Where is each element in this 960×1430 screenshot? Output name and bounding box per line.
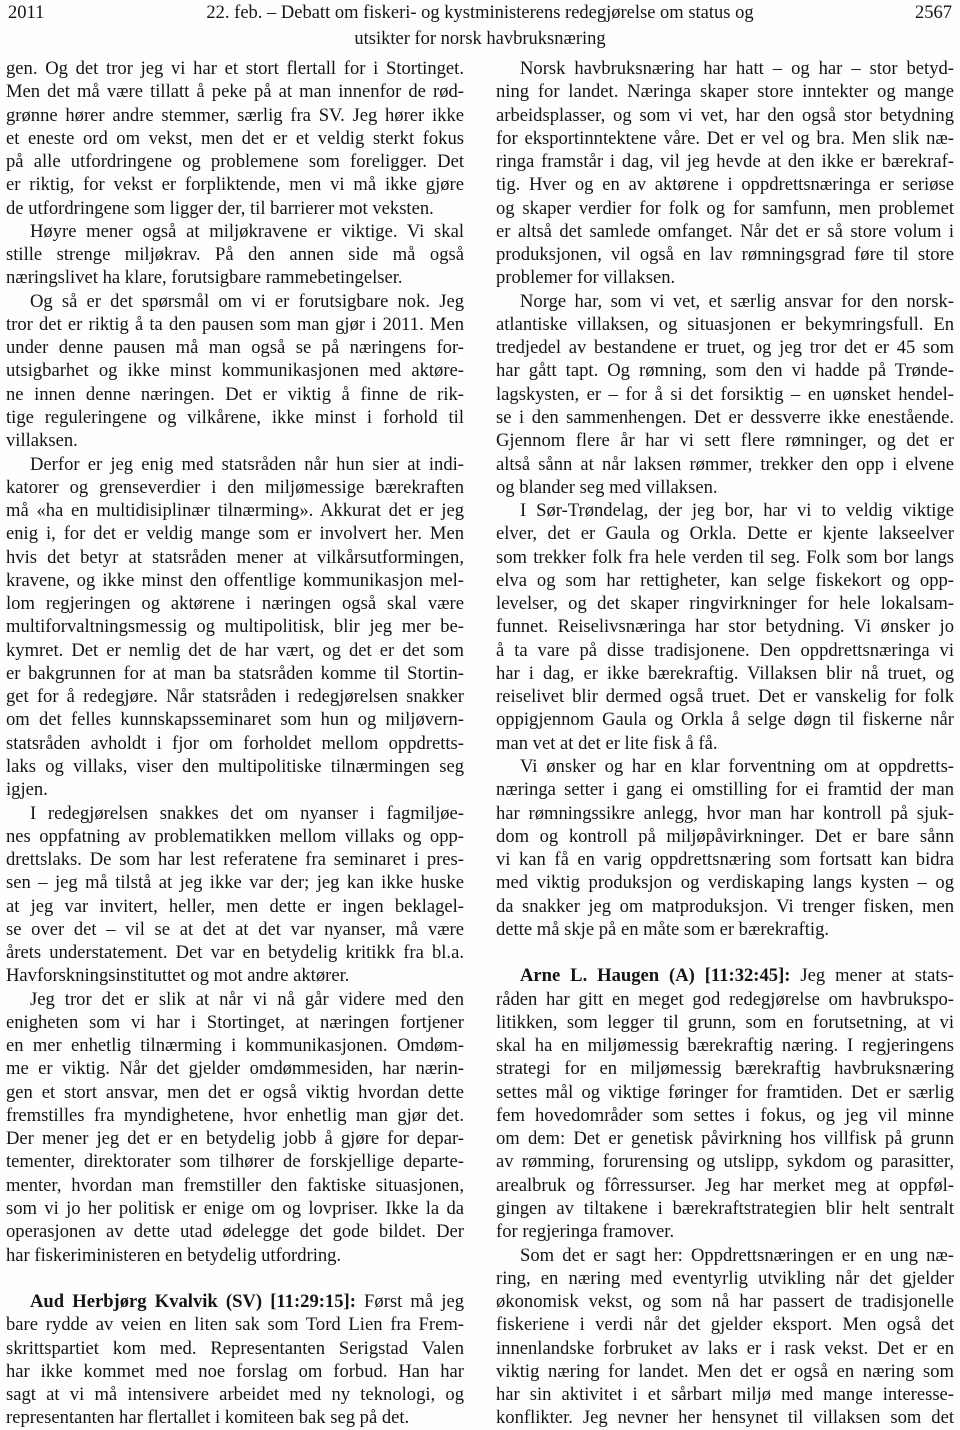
text-line: villaksen.	[6, 429, 464, 452]
text-line: Som det er sagt her: Oppdrettsnæringen e…	[496, 1244, 954, 1267]
text-line: konflikter. Jeg nevner her hensynet til …	[496, 1406, 954, 1429]
text-line: om dem: Det er genetisk påvirkning hos v…	[496, 1127, 954, 1150]
text-line: Norge har, som vi vet, et særlig ansvar …	[496, 290, 954, 313]
text-line: for regjeringa framover.	[496, 1220, 954, 1243]
text-line: gingen av tiltakene i bærekraftstrategie…	[496, 1197, 954, 1220]
text-line: ning for landet. Næringa skaper store in…	[496, 80, 954, 103]
text-line: Gjennom flere år har vi sett flere rømni…	[496, 429, 954, 452]
text-line: er bakgrunnen for at man ba statsråden k…	[6, 662, 464, 685]
text-line: et eneste ord om vekst, men det er et ve…	[6, 127, 464, 150]
text-line: næringslivet ha klare, forutsigbare ramm…	[6, 266, 464, 289]
text-line: næringa setter i gang ei omstilling for …	[496, 778, 954, 801]
text-line: lom regjeringen og aktørene i næringen o…	[6, 592, 464, 615]
paragraph: Norge har, som vi vet, et særlig ansvar …	[496, 290, 954, 499]
text-line: Havforskningsinstituttet og mot andre ak…	[6, 964, 464, 987]
text-line: sen – jeg må tilstå at jeg ikke var der;…	[6, 871, 464, 894]
text-line: har sin aktivitet i et sårbart miljø med…	[496, 1383, 954, 1406]
text-line: oppigjennom Gaula og Orkla å selge døgn …	[496, 708, 954, 731]
text-line: gen. Og det tror jeg vi har et stort fle…	[6, 57, 464, 80]
text-line: enigheten som vi har i Stortinget, at næ…	[6, 1011, 464, 1034]
text-line: igjen.	[6, 778, 464, 801]
right-column: Norsk havbruksnæring har hatt – og har –…	[496, 57, 954, 1430]
text-line: har ikke kommet med noe forslag om forbu…	[6, 1360, 464, 1383]
text-line: dom og kontroll på miljøpåvirkninger. De…	[496, 825, 954, 848]
text-line: da snakker jeg om matproduksjon. Vi tren…	[496, 895, 954, 918]
text-line: ring, en næring med eventyrlig utvikling…	[496, 1267, 954, 1290]
text-line: tror det er riktig å ta den pausen som m…	[6, 313, 464, 336]
text-line: og skaper verdier for folk og for samfun…	[496, 197, 954, 220]
text-line: Der mener jeg det er en betydelig jobb å…	[6, 1127, 464, 1150]
text-line: økonomisk vekst, og som nå har passert d…	[496, 1290, 954, 1313]
text-line: skrittspartiet kom med. Representanten S…	[6, 1337, 464, 1360]
text-line: Og så er det spørsmål om vi er forutsigb…	[6, 290, 464, 313]
left-column: gen. Og det tror jeg vi har et stort fle…	[6, 57, 464, 1430]
text-line: viktig næring for landet. Men det er ogs…	[496, 1360, 954, 1383]
text-line: me er viktig. Når det gjelder omdømmesid…	[6, 1057, 464, 1080]
text-line: som vi jo her politisk er enige om og lo…	[6, 1197, 464, 1220]
text-line: tementer, direktorater som tilhører de f…	[6, 1150, 464, 1173]
paragraph: Og så er det spørsmål om vi er forutsigb…	[6, 290, 464, 453]
text-line: kravene, og ikke minst den offentlige ko…	[6, 569, 464, 592]
text-line: ringa framstår i dag, vil jeg hevde at d…	[496, 150, 954, 173]
text-line: de utfordringene som ligger der, til bar…	[6, 197, 464, 220]
speaker-paragraph: Arne L. Haugen (A) [11:32:45]: Jeg mener…	[496, 964, 954, 1243]
text-line: settes mål og viktige føringer for framt…	[496, 1081, 954, 1104]
text-line: tig. Hver og en av aktørene i oppdrettsn…	[496, 173, 954, 196]
text-line: som trekker folk fra hele verden til seg…	[496, 546, 954, 569]
text-line: skal ha en miljømessig bærekraftig nærin…	[496, 1034, 954, 1057]
text-line: litikken, som legger til grunn, som en f…	[496, 1011, 954, 1034]
text-line: Norsk havbruksnæring har hatt – og har –…	[496, 57, 954, 80]
text-line: tige reguleringene og vilkårene, ikke mi…	[6, 406, 464, 429]
text-line: katorer og grenseverdier i den miljømess…	[6, 476, 464, 499]
text-line: Vi ønsker og har en klar forventning om …	[496, 755, 954, 778]
header-title-line2: utsikter for norsk havbruksnæring	[0, 29, 960, 50]
text-line: Aud Herbjørg Kvalvik (SV) [11:29:15]: Fø…	[6, 1290, 464, 1313]
text-line: råden har gitt en meget god redegjørelse…	[496, 988, 954, 1011]
speaker-paragraph: Aud Herbjørg Kvalvik (SV) [11:29:15]: Fø…	[6, 1290, 464, 1430]
text-line: årets understatement. Det var en betydel…	[6, 941, 464, 964]
header-page-number: 2567	[915, 3, 952, 24]
text-line: dette må skje på en måte som er bærekraf…	[496, 918, 954, 941]
text-line: drettslaks. De som har lest referatene f…	[6, 848, 464, 871]
text-line: og blander seg med villaksen.	[496, 476, 954, 499]
text-line: ne innen denne næringen. Det er viktig å…	[6, 383, 464, 406]
text-line: Høyre mener også at miljøkravene er vikt…	[6, 220, 464, 243]
text-line: fremstilles fra myndighetene, hvor enhet…	[6, 1104, 464, 1127]
text-line: man vet at det er lite fisk å få.	[496, 732, 954, 755]
text-line: reiselivet blir dermed også truet. Det e…	[496, 685, 954, 708]
text-line: statsråden avholdt i fjor om forholdet m…	[6, 732, 464, 755]
text-line: I redegjørelsen snakkes det om nyanser i…	[6, 802, 464, 825]
text-line: gen et stort ansvar, men det er også vik…	[6, 1081, 464, 1104]
text-line: multiforvaltningsmessig og multipolitisk…	[6, 615, 464, 638]
paragraph: Jeg tror det er slik at når vi nå går vi…	[6, 988, 464, 1267]
text-line: stille strenge miljøkrav. På den annen s…	[6, 243, 464, 266]
paragraph: I redegjørelsen snakkes det om nyanser i…	[6, 802, 464, 988]
text-line: fem hovedområder som settes i fokus, og …	[496, 1104, 954, 1127]
text-line: grønne hører andre stemmer, særlig fra S…	[6, 104, 464, 127]
text-line: å ta vare på disse tradisjonene. Den opp…	[496, 639, 954, 662]
text-line: på alle utfordringene og problemene som …	[6, 150, 464, 173]
text-line: laks og villaks, viser den multipolitisk…	[6, 755, 464, 778]
text-line: funnet. Reiselivsnæringa har stor betydn…	[496, 615, 954, 638]
text-line: enig i, for det er veldig mange som er i…	[6, 522, 464, 545]
text-line: har fiskeriministeren en betydelig utfor…	[6, 1244, 464, 1267]
text-line: har i dag, er ikke bærekraftig. Villakse…	[496, 662, 954, 685]
text-line: med viktig produksjon og verdiskaping la…	[496, 871, 954, 894]
paragraph: Norsk havbruksnæring har hatt – og har –…	[496, 57, 954, 290]
text-line: se over det – vil se at det at det var n…	[6, 918, 464, 941]
paragraph: I Sør-Trøndelag, der jeg bor, har vi to …	[496, 499, 954, 755]
text-line: om det felles kunnskapsseminaret som hun…	[6, 708, 464, 731]
text-line: er riktig, for vekst er forpliktende, me…	[6, 173, 464, 196]
document-page: 2011 22. feb. – Debatt om fiskeri- og ky…	[0, 0, 960, 1430]
text-line: har rømningssikre anlegg, hvor man har k…	[496, 802, 954, 825]
text-line: hvis det betyr at statsråden mener at vi…	[6, 546, 464, 569]
text-line: tredjedel av bestandene er truet, og jeg…	[496, 336, 954, 359]
text-line: for eksportinntektene våre. Det er vel o…	[496, 127, 954, 150]
header-title-line1: 22. feb. – Debatt om fiskeri- og kystmin…	[0, 3, 960, 24]
text-line: kymret. Det er nemlig det de har vært, o…	[6, 639, 464, 662]
text-line: operasjonen av dette utad ødelegge det g…	[6, 1220, 464, 1243]
text-line: fiskeriene i verdi når det gjelder ekspo…	[496, 1313, 954, 1336]
text-line: er altså det samlede omfanget. Når det e…	[496, 220, 954, 243]
text-line: representanten har flertallet i komiteen…	[6, 1406, 464, 1429]
page-header: 2011 22. feb. – Debatt om fiskeri- og ky…	[0, 0, 960, 52]
text-line: utsigbarhet og ikke minst kommunikasjone…	[6, 359, 464, 382]
paragraph: gen. Og det tror jeg vi har et stort fle…	[6, 57, 464, 220]
text-line: av rømming, forurensing og utslipp, sykd…	[496, 1150, 954, 1173]
text-line: problemer for villaksen.	[496, 266, 954, 289]
text-line: Jeg tror det er slik at når vi nå går vi…	[6, 988, 464, 1011]
text-line: elver, det er Gaula og Orkla. Dette er k…	[496, 522, 954, 545]
text-line: levelser, og det skaper ringvirkninger f…	[496, 592, 954, 615]
text-line: menter, hvordan man fremstiller den fakt…	[6, 1174, 464, 1197]
text-line: at jeg var invitert, heller, men dette e…	[6, 895, 464, 918]
text-line: get for å redegjøre. Når statsråden i re…	[6, 685, 464, 708]
text-line: se i den sammenhengen. Det er dessverre …	[496, 406, 954, 429]
paragraph: Som det er sagt her: Oppdrettsnæringen e…	[496, 1244, 954, 1430]
text-line: Men det må være tillatt å peke på at man…	[6, 80, 464, 103]
text-line: Derfor er jeg enig med statsråden når hu…	[6, 453, 464, 476]
text-line: nes oppfatning av problematikken mellom …	[6, 825, 464, 848]
text-line: altså sånn at når laksen rømmer, trekker…	[496, 453, 954, 476]
text-line: må «ha en multidisiplinær tilnærming». A…	[6, 499, 464, 522]
text-line: elva og som har rettigheter, kan selge f…	[496, 569, 954, 592]
speaker-name: Aud Herbjørg Kvalvik (SV) [11:29:15]:	[30, 1291, 356, 1312]
text-line: sagt at vi må intensivere arbeidet med n…	[6, 1383, 464, 1406]
text-line: atlantiske villaksen, og situasjonen er …	[496, 313, 954, 336]
text-line: innenlandske forbruket av laks er i rask…	[496, 1337, 954, 1360]
text-line: vi kan få en varig oppdrettsnæring som f…	[496, 848, 954, 871]
text-line: strategi for en miljømessig bærekraftig …	[496, 1057, 954, 1080]
text-line: arealbruk og fôrressurser. Jeg har merke…	[496, 1174, 954, 1197]
text-line: Arne L. Haugen (A) [11:32:45]: Jeg mener…	[496, 964, 954, 987]
paragraph: Derfor er jeg enig med statsråden når hu…	[6, 453, 464, 802]
speaker-name: Arne L. Haugen (A) [11:32:45]:	[520, 965, 790, 986]
text-line: lagskysten, er – for å si det forsiktig …	[496, 383, 954, 406]
text-line: bare rydde av veien en liten sak som Tor…	[6, 1313, 464, 1336]
text-line: under denne pausen må man også se på nær…	[6, 336, 464, 359]
text-line: arbeidsplasser, og som vi vet, har den o…	[496, 104, 954, 127]
text-line: har gått tapt. Og rømning, som den vi ha…	[496, 359, 954, 382]
text-line: produksjonen, vil også en lav rømningsgr…	[496, 243, 954, 266]
text-line: I Sør-Trøndelag, der jeg bor, har vi to …	[496, 499, 954, 522]
paragraph: Vi ønsker og har en klar forventning om …	[496, 755, 954, 941]
text-line: en mer enhetlig tilnærming i kommunikasj…	[6, 1034, 464, 1057]
paragraph: Høyre mener også at miljøkravene er vikt…	[6, 220, 464, 290]
